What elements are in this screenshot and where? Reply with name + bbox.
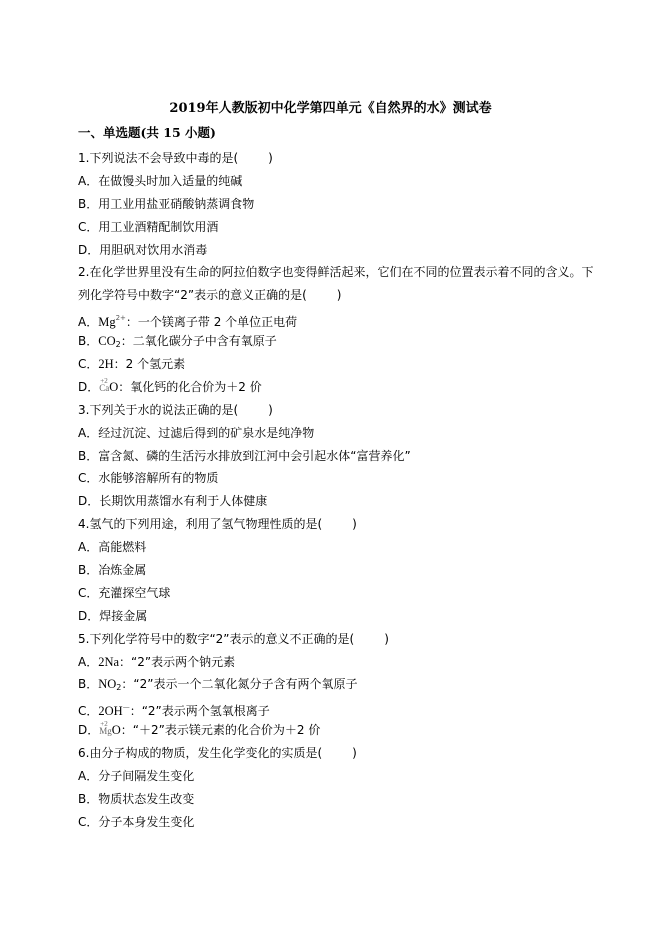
option: A．Mg2+：一个镁离子带 2 个单位正电荷 [78, 307, 578, 330]
document-page: 2019年人教版初中化学第四单元《自然界的水》测试卷 一、单选题(共 15 小题… [0, 0, 661, 936]
option: B．冶炼金属 [78, 559, 578, 582]
option: A．经过沉淀、过滤后得到的矿泉水是纯净物 [78, 422, 578, 445]
option: D．焊接金属 [78, 605, 578, 628]
question-list: 1.下列说法不会导致中毒的是() A．在做馒头时加入适量的纯碱 B．用工业用盐亚… [78, 147, 578, 834]
option: C．2OH—：“2”表示两个氢氧根离子 [78, 696, 578, 719]
chem-formula: NO [98, 677, 116, 691]
chem-formula: 2H [98, 357, 113, 371]
chem-formula: 2Na [98, 655, 119, 669]
option: C．分子本身发生变化 [78, 811, 578, 834]
option: B．富含氮、磷的生活污水排放到江河中会引起水体“富营养化” [78, 445, 578, 468]
option: D．长期饮用蒸馏水有利于人体健康 [78, 490, 578, 513]
question-stem: 1.下列说法不会导致中毒的是() [78, 147, 578, 170]
document-title: 2019年人教版初中化学第四单元《自然界的水》测试卷 [0, 100, 661, 118]
option: B．CO2：二氧化碳分子中含有氧原子 [78, 330, 578, 353]
option: A．分子间隔发生变化 [78, 765, 578, 788]
option: D．用胆矾对饮用水消毒 [78, 239, 578, 262]
option: C．用工业酒精配制饮用酒 [78, 216, 578, 239]
option: B．NO2：“2”表示一个二氧化氮分子含有两个氧原子 [78, 673, 578, 696]
question-stem: 2.在化学世界里没有生命的阿拉伯数字也变得鲜活起来，它们在不同的位置表示着不同的… [78, 261, 578, 284]
question-stem: 6.由分子构成的物质，发生化学变化的实质是() [78, 742, 578, 765]
option: C．2H：2 个氢元素 [78, 353, 578, 376]
option: A．在做馒头时加入适量的纯碱 [78, 170, 578, 193]
valence-formula: +2Mg [99, 720, 112, 743]
question-stem-continued: 列化学符号中数字“2”表示的意义正确的是() [78, 284, 578, 307]
question-stem: 3.下列关于水的说法正确的是() [78, 399, 578, 422]
option: A．2Na：“2”表示两个钠元素 [78, 651, 578, 674]
question-stem: 5.下列化学符号中的数字“2”表示的意义不正确的是() [78, 628, 578, 651]
chem-formula: Mg [98, 315, 115, 329]
section-heading: 一、单选题(共 15 小题) [78, 124, 216, 142]
option: A．高能燃料 [78, 536, 578, 559]
option: C．水能够溶解所有的物质 [78, 467, 578, 490]
option: D．+2MgO：“＋2”表示镁元素的化合价为＋2 价 [78, 719, 578, 742]
question-stem: 4.氢气的下列用途，利用了氢气物理性质的是() [78, 513, 578, 536]
chem-formula: CO [98, 334, 115, 348]
option: B．物质状态发生改变 [78, 788, 578, 811]
valence-formula: +2Ca [99, 377, 109, 400]
option: D．+2CaO：氧化钙的化合价为＋2 价 [78, 376, 578, 399]
option: B．用工业用盐亚硝酸钠蒸调食物 [78, 193, 578, 216]
option: C．充灌探空气球 [78, 582, 578, 605]
